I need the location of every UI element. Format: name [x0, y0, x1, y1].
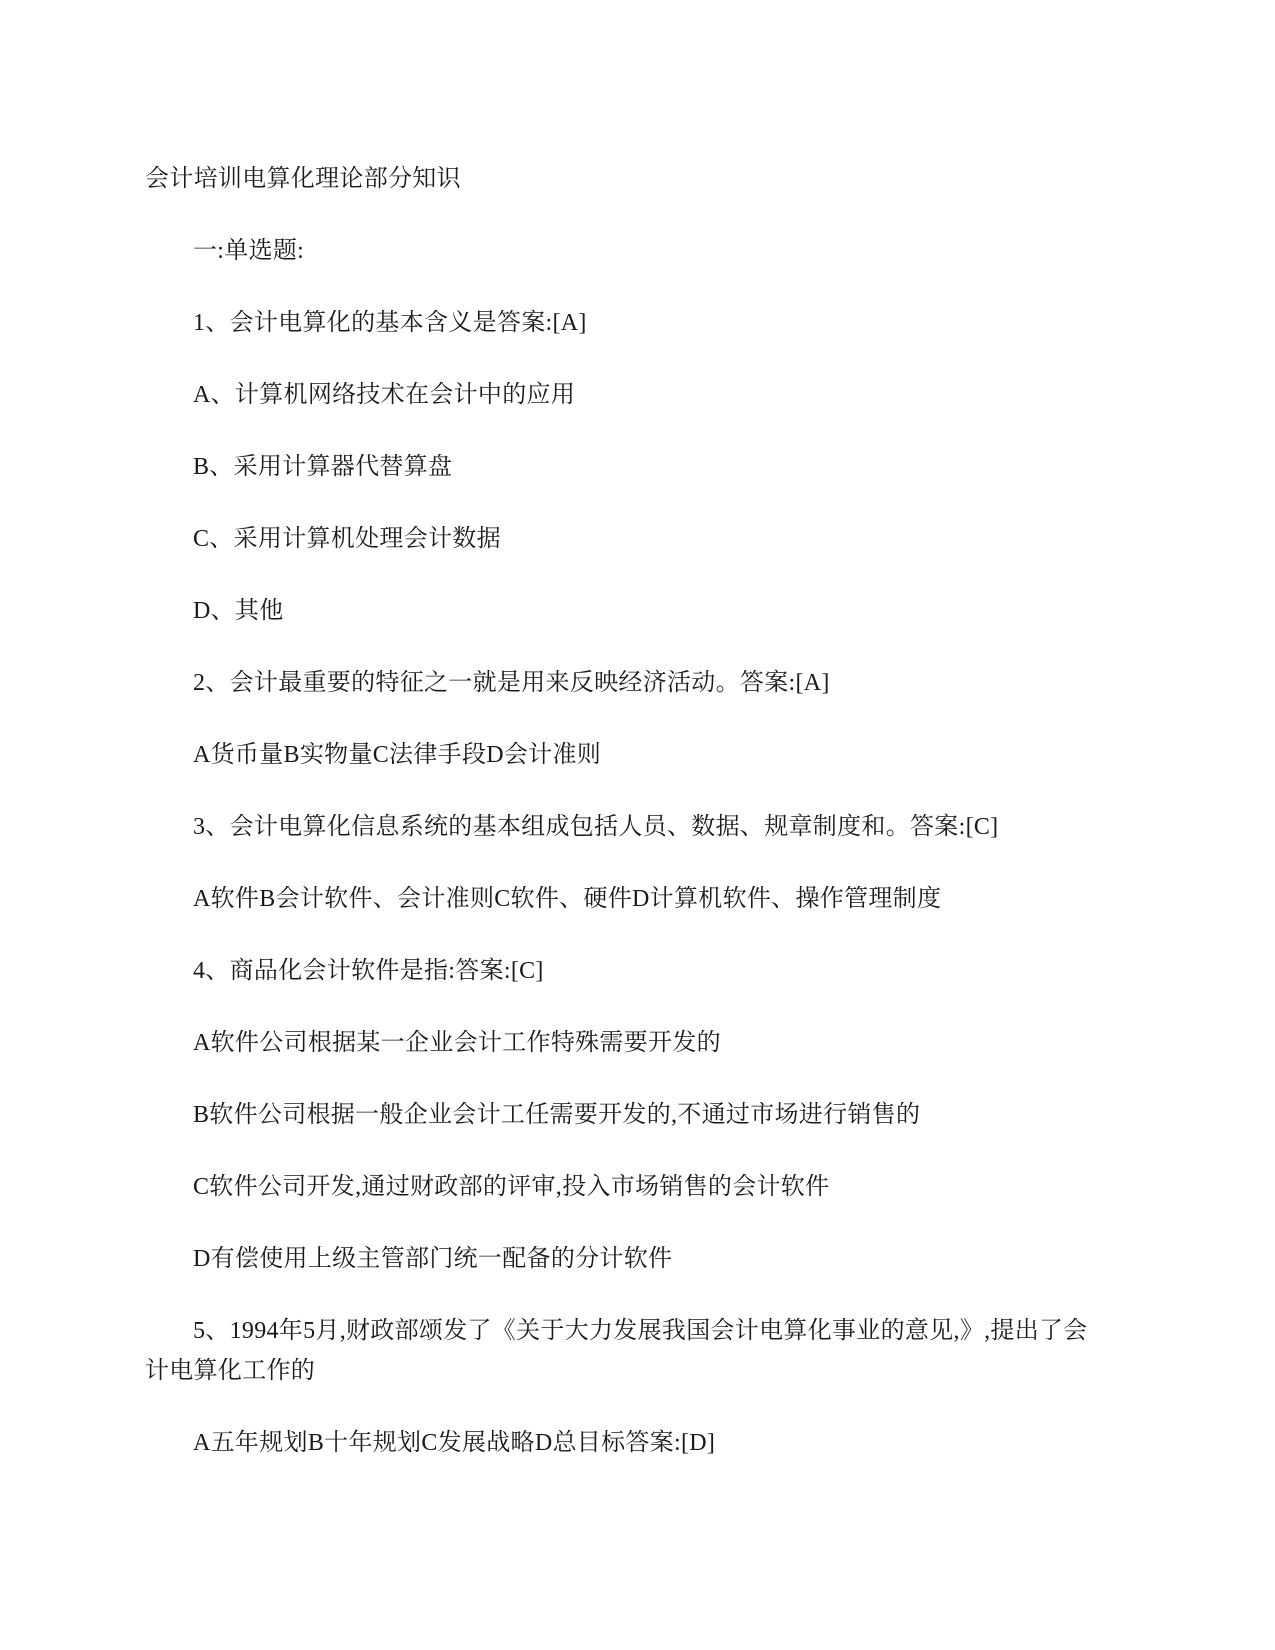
question-4-option-d: D有偿使用上级主管部门统一配备的分计软件 [145, 1239, 1185, 1279]
question-5-options: A五年规划B十年规划C发展战略D总目标答案:[D] [145, 1423, 1185, 1463]
question-5-line-1: 5、1994年5月,财政部颂发了《关于大力发展我国会计电算化事业的意见,》,提出… [145, 1311, 1185, 1351]
question-5-line-2: 计电算化工作的 [145, 1351, 1185, 1391]
question-4-option-c: C软件公司开发,通过财政部的评审,投入市场销售的会计软件 [145, 1167, 1185, 1207]
document-page: 会计培训电算化理论部分知识 一:单选题: 1、会计电算化的基本含义是答案:[A]… [0, 0, 1275, 1650]
question-4: 4、商品化会计软件是指:答案:[C] [145, 951, 1185, 991]
question-3-options: A软件B会计软件、会计准则C软件、硬件D计算机软件、操作管理制度 [145, 879, 1185, 919]
section-heading: 一:单选题: [145, 231, 1185, 271]
question-4-option-b: B软件公司根据一般企业会计工任需要开发的,不通过市场进行销售的 [145, 1095, 1185, 1135]
question-1-option-c: C、采用计算机处理会计数据 [145, 519, 1185, 559]
question-1-option-d: D、其他 [145, 591, 1185, 631]
question-3: 3、会计电算化信息系统的基本组成包括人员、数据、规章制度和。答案:[C] [145, 807, 1185, 847]
document-title: 会计培训电算化理论部分知识 [145, 159, 1185, 199]
question-1-option-a: A、计算机网络技术在会计中的应用 [145, 375, 1185, 415]
question-4-option-a: A软件公司根据某一企业会计工作特殊需要开发的 [145, 1023, 1185, 1063]
question-1: 1、会计电算化的基本含义是答案:[A] [145, 303, 1185, 343]
question-1-option-b: B、采用计算器代替算盘 [145, 447, 1185, 487]
question-2-options: A货币量B实物量C法律手段D会计准则 [145, 735, 1185, 775]
question-2: 2、会计最重要的特征之一就是用来反映经济活动。答案:[A] [145, 663, 1185, 703]
